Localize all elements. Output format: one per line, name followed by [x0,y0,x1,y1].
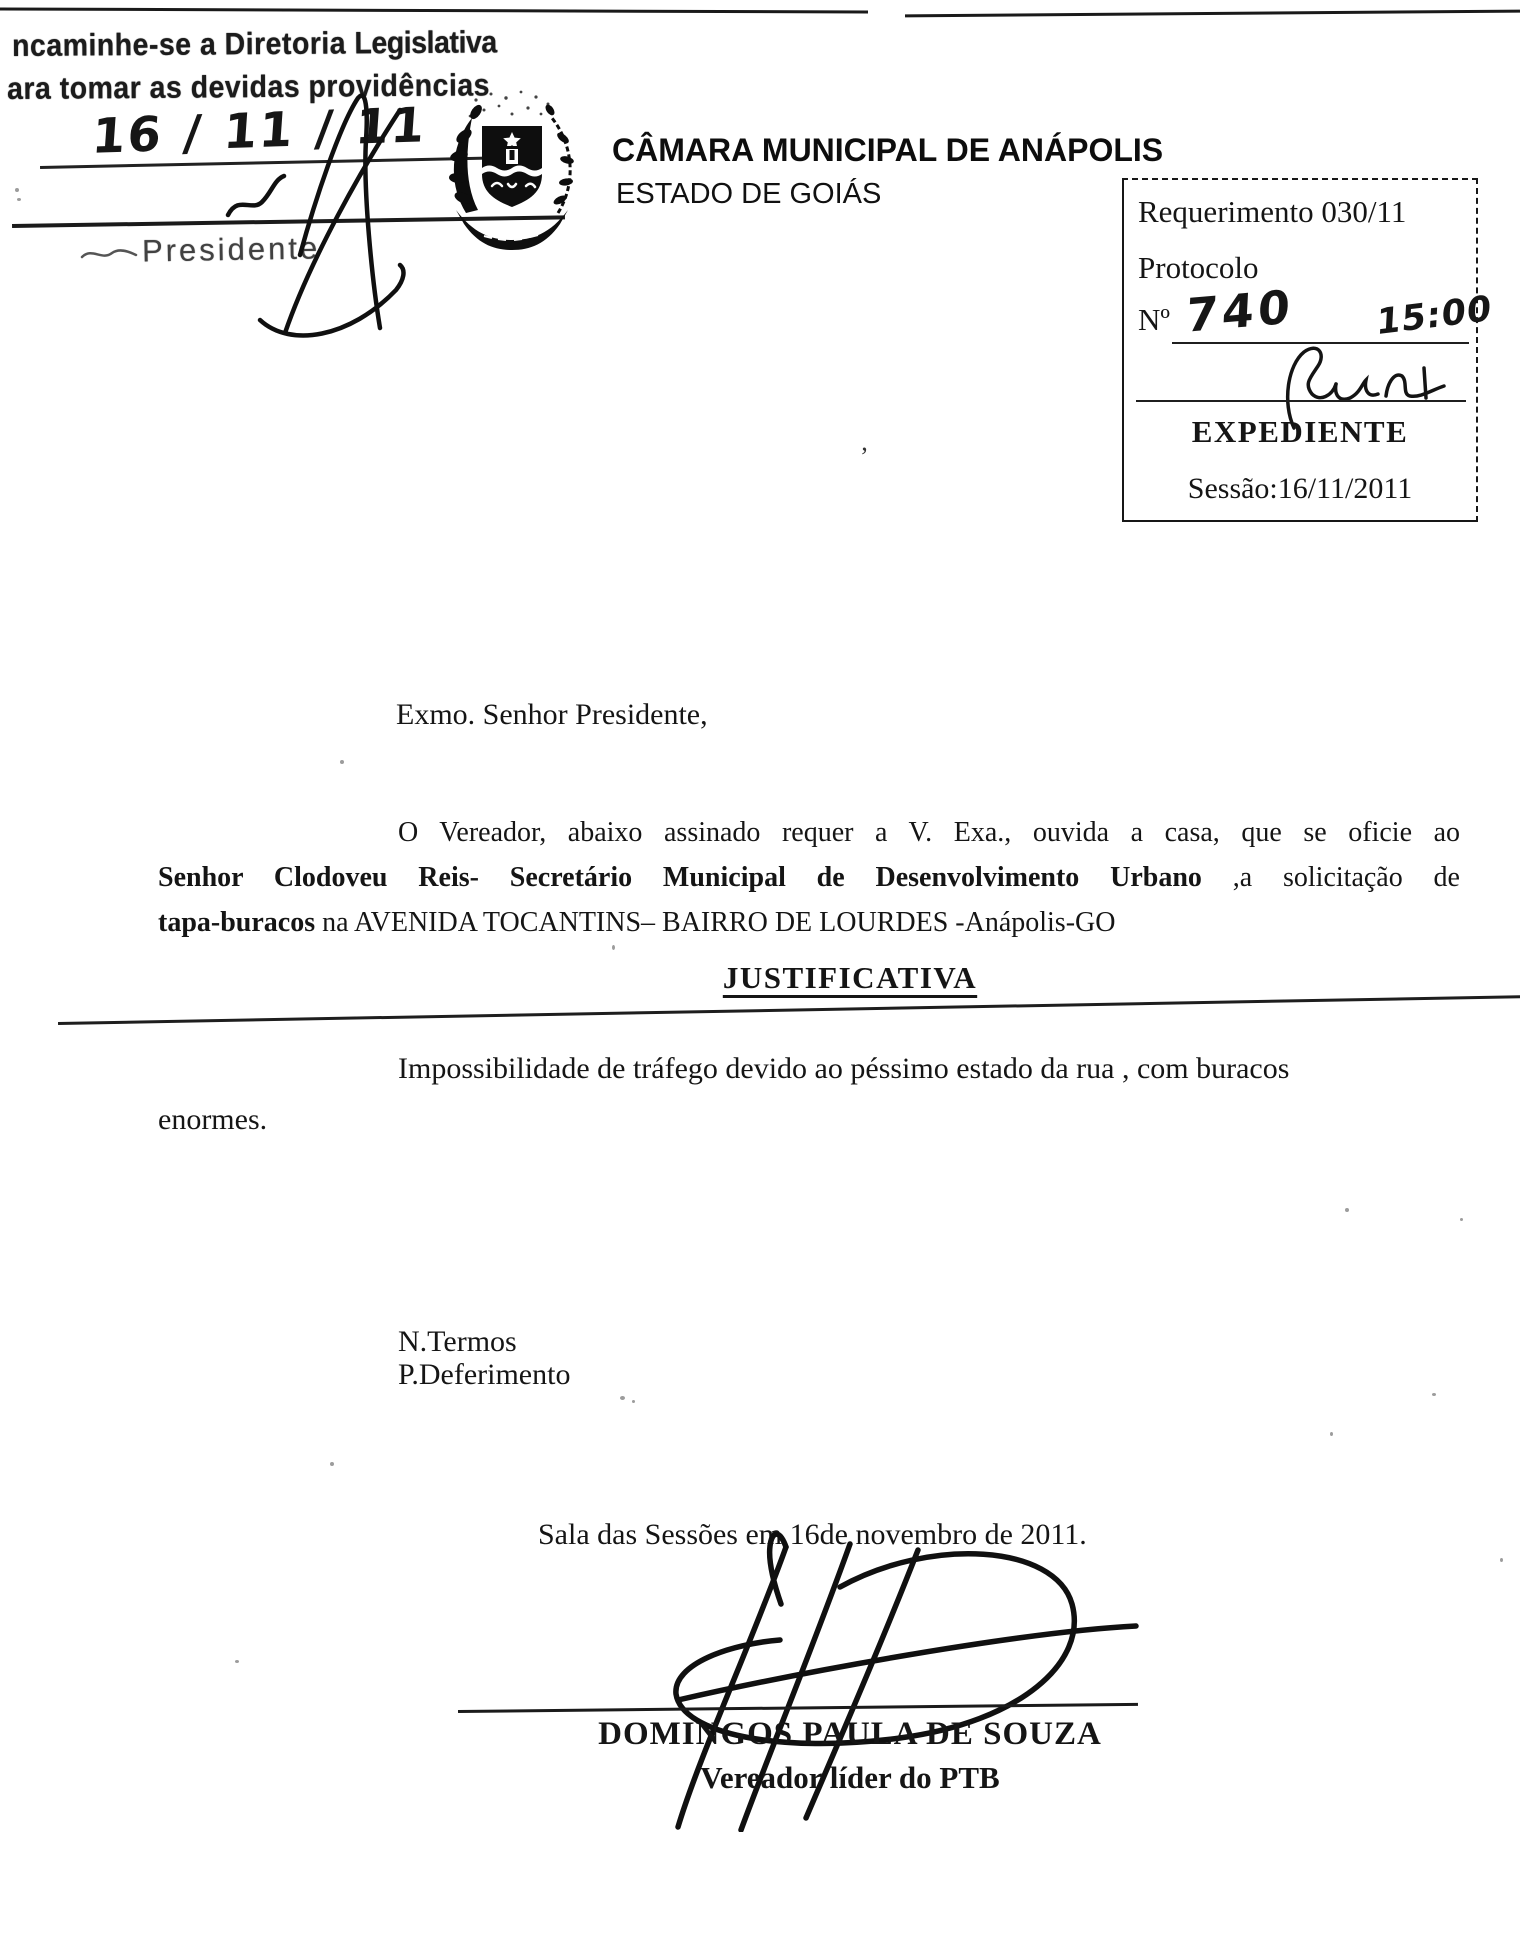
scan-speck [1460,1218,1463,1221]
protocolo-label: Protocolo [1138,250,1259,286]
scan-speck [15,188,19,192]
request-paragraph-line2: Senhor Clodoveu Reis- Secretário Municip… [158,855,1460,900]
scan-speck [1432,1393,1436,1396]
scan-speck [235,1660,239,1663]
president-signature [200,80,410,350]
justificativa-text-line1: Impossibilidade de tráfego devido ao pés… [398,1052,1289,1086]
scan-artifact-long-line [58,995,1520,1025]
closing-n-termos: N.Termos [398,1325,517,1359]
scan-speck [1500,1558,1503,1562]
sessao-date: Sessão:16/11/2011 [1124,472,1476,506]
scan-speck [620,1396,625,1400]
handwritten-time: 15:00 [1375,289,1493,344]
scan-speck [632,1400,635,1403]
letterhead-title: CÂMARA MUNICIPAL DE ANÁPOLIS [612,132,1163,169]
expediente-label: EXPEDIENTE [1124,414,1476,450]
scan-speck [340,760,344,764]
protocol-signature-line [1136,400,1466,402]
scan-speck [330,1462,334,1466]
stamp-scribble-mark [78,240,142,266]
requerimento-number: Requerimento 030/11 [1138,194,1406,230]
scan-speck [17,198,21,201]
request-paragraph-line3-regular: na AVENIDA TOCANTINS– BAIRRO DE LOURDES … [315,907,1115,938]
request-paragraph-line2-regular: ,a solicitação de [1233,862,1460,893]
request-paragraph-line3-bold: tapa-buracos [158,907,315,938]
scan-speck-comma: ’ [860,442,869,472]
routing-stamp-line1-bold: Legislativa [354,24,497,60]
salutation: Exmo. Senhor Presidente, [396,698,708,732]
scan-artifact-line-top-left [0,7,868,13]
scan-speck [1345,1208,1349,1212]
handwritten-protocol-number: 740 [1185,279,1295,343]
numero-label: Nº [1138,302,1170,338]
scan-speck [612,945,615,950]
coat-of-arms-emblem [436,88,588,258]
request-paragraph-line2-bold: Senhor Clodoveu Reis- Secretário Municip… [158,862,1233,893]
scanned-document-page: ncaminhe-se a Diretoria Legislativa ara … [0,0,1520,1936]
scan-artifact-line-top-right [905,10,1520,18]
routing-stamp-line1-regular: ncaminhe-se a Diretoria [12,25,355,63]
signatory-role: Vereador líder do PTB [480,1760,1220,1796]
closing-p-deferimento: P.Deferimento [398,1358,570,1392]
request-paragraph-line1: O Vereador, abaixo assinado requer a V. … [158,810,1460,855]
request-paragraph-line3: tapa-buracos na AVENIDA TOCANTINS– BAIRR… [158,900,1460,945]
justificativa-text-line2: enormes. [158,1103,267,1137]
routing-stamp-line1: ncaminhe-se a Diretoria Legislativa [12,24,497,64]
signatory-name: DOMINGOS PAULA DE SOUZA [480,1716,1220,1753]
request-paragraph: O Vereador, abaixo assinado requer a V. … [158,810,1460,945]
scan-speck [1330,1432,1333,1436]
letterhead-subtitle: ESTADO DE GOIÁS [616,178,881,211]
justificativa-heading: JUSTIFICATIVA [180,960,1520,996]
protocol-box: Requerimento 030/11 Protocolo Nº 740 15:… [1122,178,1478,522]
